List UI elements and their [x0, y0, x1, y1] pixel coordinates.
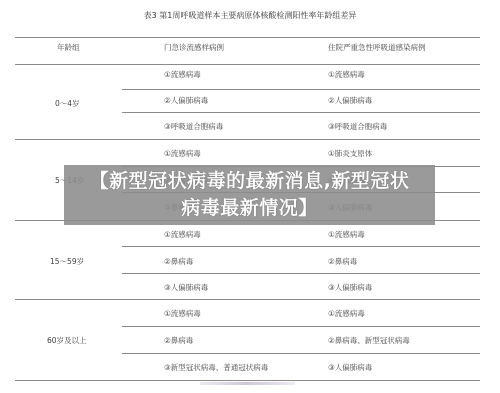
outpatient-cell: ②鼻病毒 — [164, 336, 193, 346]
outpatient-cell: ②鼻病毒 — [164, 257, 193, 267]
inpatient-cell: ③人偏肺病毒 — [328, 283, 372, 293]
inpatient-cell: ②鼻病毒 — [328, 257, 357, 267]
table-title: 表3 第1周呼吸道样本主要病原体核酸检测阳性率年龄组差异 — [0, 10, 500, 21]
group-divider — [15, 139, 480, 140]
row-divider — [122, 112, 480, 113]
inpatient-cell: ①流感病毒 — [328, 230, 365, 240]
group-divider — [15, 299, 480, 300]
inpatient-cell: ②鼻病毒、新型冠状病毒 — [328, 336, 410, 346]
inpatient-cell: ③人偏肺病毒 — [328, 363, 372, 373]
outpatient-cell: ②人偏肺病毒 — [164, 96, 208, 106]
scan-artifact — [200, 382, 295, 385]
outpatient-cell: ①流感病毒 — [164, 309, 201, 319]
outpatient-cell: ①流感病毒 — [164, 149, 201, 159]
row-divider — [122, 326, 480, 327]
age-group-label: 0～4岁 — [55, 99, 80, 109]
inpatient-cell: ①流感病毒 — [328, 309, 365, 319]
inpatient-cell: ①肺炎支原体 — [328, 149, 372, 159]
outpatient-cell: ①流感病毒 — [164, 70, 201, 80]
header-bottom-border — [15, 64, 480, 65]
headline-line-2: 病毒最新情况】 — [64, 195, 435, 222]
age-group-label: 60岁及以上 — [47, 336, 87, 346]
outpatient-cell: ③人偏肺病毒 — [164, 283, 208, 293]
headline-overlay-banner: 【新型冠状病毒的最新消息,新型冠状 病毒最新情况】 — [64, 165, 435, 225]
headline-text: 【新型冠状病毒的最新消息,新型冠状 病毒最新情况】 — [64, 168, 435, 222]
headline-line-1: 【新型冠状病毒的最新消息,新型冠状 — [64, 168, 435, 195]
header-outpatient: 门急诊流感样病例 — [164, 43, 224, 53]
row-divider — [122, 89, 480, 90]
outpatient-cell: ③呼吸道合胞病毒 — [164, 122, 223, 132]
outpatient-cell: ①流感病毒 — [164, 230, 201, 240]
age-group-label: 15～59岁 — [50, 257, 84, 267]
table-top-border — [15, 37, 480, 38]
header-inpatient: 住院严重急性呼吸道感染病例 — [328, 43, 426, 53]
inpatient-cell: ③呼吸道合胞病毒 — [328, 122, 387, 132]
inpatient-cell: ②人偏肺病毒 — [328, 96, 372, 106]
row-divider — [122, 353, 480, 354]
row-divider — [122, 246, 480, 247]
header-age-group: 年龄组 — [57, 43, 80, 53]
table-bottom-border — [15, 380, 480, 381]
outpatient-cell: ③新型冠状病毒、普通冠状病毒 — [164, 363, 268, 373]
row-divider — [122, 273, 480, 274]
inpatient-cell: ①流感病毒 — [328, 70, 365, 80]
